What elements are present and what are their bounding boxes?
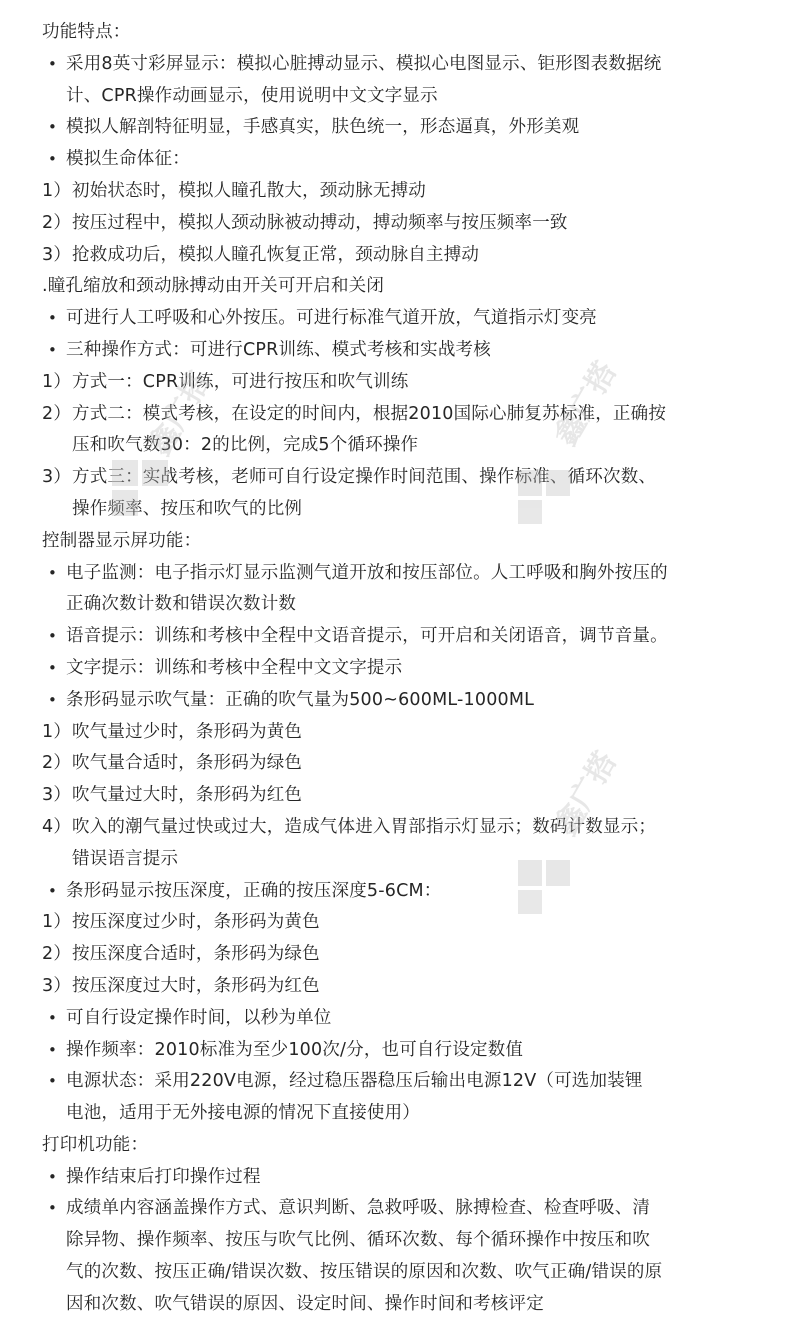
bullet-item: 可进行人工呼吸和心外按压。可进行标准气道开放，气道指示灯变亮	[42, 303, 762, 335]
numbered-item: 3）按压深度过大时，条形码为红色	[42, 971, 762, 1003]
bullet-item-continuation: 正确次数计数和错误次数计数	[42, 589, 762, 621]
item-text: 方式三：实战考核，老师可自行设定操作时间范围、操作标准、循环次数、	[72, 467, 656, 487]
item-number: 1）	[42, 717, 72, 749]
section-heading: 控制器显示屏功能：	[42, 526, 762, 558]
bullet-item: 采用8英寸彩屏显示：模拟心脏搏动显示、模拟心电图显示、钜形图表数据统	[42, 49, 762, 81]
bullet-item: 操作频率：2010标准为至少100次/分，也可自行设定数值	[42, 1035, 762, 1067]
bullet-item-continuation: 电池，适用于无外接电源的情况下直接使用）	[42, 1098, 762, 1130]
bullet-item: 模拟人解剖特征明显，手感真实，肤色统一，形态逼真，外形美观	[42, 112, 762, 144]
item-number: 1）	[42, 367, 72, 399]
numbered-item: 1）吹气量过少时，条形码为黄色	[42, 717, 762, 749]
item-number: 2）	[42, 208, 72, 240]
numbered-item: 2）按压深度合适时，条形码为绿色	[42, 939, 762, 971]
item-text: 初始状态时，模拟人瞳孔散大，颈动脉无搏动	[72, 181, 426, 201]
item-number: 3）	[42, 971, 72, 1003]
section-heading: 打印机功能：	[42, 1130, 762, 1162]
item-text: 按压深度合适时，条形码为绿色	[72, 944, 320, 964]
bullet-item: 电子监测：电子指示灯显示监测气道开放和按压部位。人工呼吸和胸外按压的	[42, 558, 762, 590]
numbered-item: 3）抢救成功后，模拟人瞳孔恢复正常，颈动脉自主搏动	[42, 240, 762, 272]
numbered-item: 2）方式二：模式考核，在设定的时间内，根据2010国际心肺复苏标准，正确按	[42, 399, 762, 431]
bullet-item-continuation: 气的次数、按压正确/错误次数、按压错误的原因和次数、吹气正确/错误的原	[42, 1257, 762, 1289]
item-text: 方式一：CPR训练，可进行按压和吹气训练	[72, 372, 408, 392]
item-text: 按压深度过少时，条形码为黄色	[72, 912, 320, 932]
bullet-item-continuation: 计、CPR操作动画显示，使用说明中文文字显示	[42, 81, 762, 113]
bullet-item: 条形码显示吹气量：正确的吹气量为500~600ML-1000ML	[42, 685, 762, 717]
bullet-item-continuation: 因和次数、吹气错误的原因、设定时间、操作时间和考核评定	[42, 1289, 762, 1321]
numbered-item: 2）按压过程中，模拟人颈动脉被动搏动，搏动频率与按压频率一致	[42, 208, 762, 240]
numbered-item: 4）吹入的潮气量过快或过大，造成气体进入胃部指示灯显示；数码计数显示；	[42, 812, 762, 844]
numbered-item: 1）方式一：CPR训练，可进行按压和吹气训练	[42, 367, 762, 399]
item-number: 3）	[42, 780, 72, 812]
bullet-item: 条形码显示按压深度，正确的按压深度5-6CM：	[42, 876, 762, 908]
bullet-item: 语音提示：训练和考核中全程中文语音提示，可开启和关闭语音，调节音量。	[42, 621, 762, 653]
item-number: 1）	[42, 907, 72, 939]
bullet-item: 模拟生命体征：	[42, 144, 762, 176]
item-number: 2）	[42, 939, 72, 971]
item-number: 2）	[42, 748, 72, 780]
numbered-item: 2）吹气量合适时，条形码为绿色	[42, 748, 762, 780]
numbered-item-continuation: 操作频率、按压和吹气的比例	[42, 494, 762, 526]
item-number: 4）	[42, 812, 72, 844]
bullet-item: 电源状态：采用220V电源，经过稳压器稳压后输出电源12V（可选加装锂	[42, 1066, 762, 1098]
item-text: 吹气量合适时，条形码为绿色	[72, 753, 302, 773]
numbered-item: 1）初始状态时，模拟人瞳孔散大，颈动脉无搏动	[42, 176, 762, 208]
bullet-item: 文字提示：训练和考核中全程中文文字提示	[42, 653, 762, 685]
item-text: 吹入的潮气量过快或过大，造成气体进入胃部指示灯显示；数码计数显示；	[72, 817, 656, 837]
bullet-item: 操作结束后打印操作过程	[42, 1162, 762, 1194]
bullet-item-continuation: 除异物、操作频率、按压与吹气比例、循环次数、每个循环操作中按压和吹	[42, 1225, 762, 1257]
numbered-item-continuation: 压和吹气数30：2的比例，完成5个循环操作	[42, 430, 762, 462]
item-text: 吹气量过大时，条形码为红色	[72, 785, 302, 805]
bullet-item: 可自行设定操作时间，以秒为单位	[42, 1003, 762, 1035]
item-text: 按压过程中，模拟人颈动脉被动搏动，搏动频率与按压频率一致	[72, 213, 568, 233]
item-number: 3）	[42, 240, 72, 272]
item-text: 按压深度过大时，条形码为红色	[72, 976, 320, 996]
numbered-item: 3）吹气量过大时，条形码为红色	[42, 780, 762, 812]
item-text: 方式二：模式考核，在设定的时间内，根据2010国际心肺复苏标准，正确按	[72, 404, 666, 424]
note-line: .瞳孔缩放和颈动脉搏动由开关可开启和关闭	[42, 271, 762, 303]
bullet-item: 三种操作方式：可进行CPR训练、模式考核和实战考核	[42, 335, 762, 367]
numbered-item: 1）按压深度过少时，条形码为黄色	[42, 907, 762, 939]
item-text: 吹气量过少时，条形码为黄色	[72, 722, 302, 742]
numbered-item-continuation: 错误语言提示	[42, 844, 762, 876]
item-text: 抢救成功后，模拟人瞳孔恢复正常，颈动脉自主搏动	[72, 245, 479, 265]
bullet-item: 成绩单内容涵盖操作方式、意识判断、急救呼吸、脉搏检查、检查呼吸、清	[42, 1193, 762, 1225]
item-number: 2）	[42, 399, 72, 431]
item-number: 3）	[42, 462, 72, 494]
section-heading: 功能特点：	[42, 17, 762, 49]
item-number: 1）	[42, 176, 72, 208]
spec-document: 功能特点：采用8英寸彩屏显示：模拟心脏搏动显示、模拟心电图显示、钜形图表数据统计…	[42, 17, 762, 1321]
numbered-item: 3）方式三：实战考核，老师可自行设定操作时间范围、操作标准、循环次数、	[42, 462, 762, 494]
